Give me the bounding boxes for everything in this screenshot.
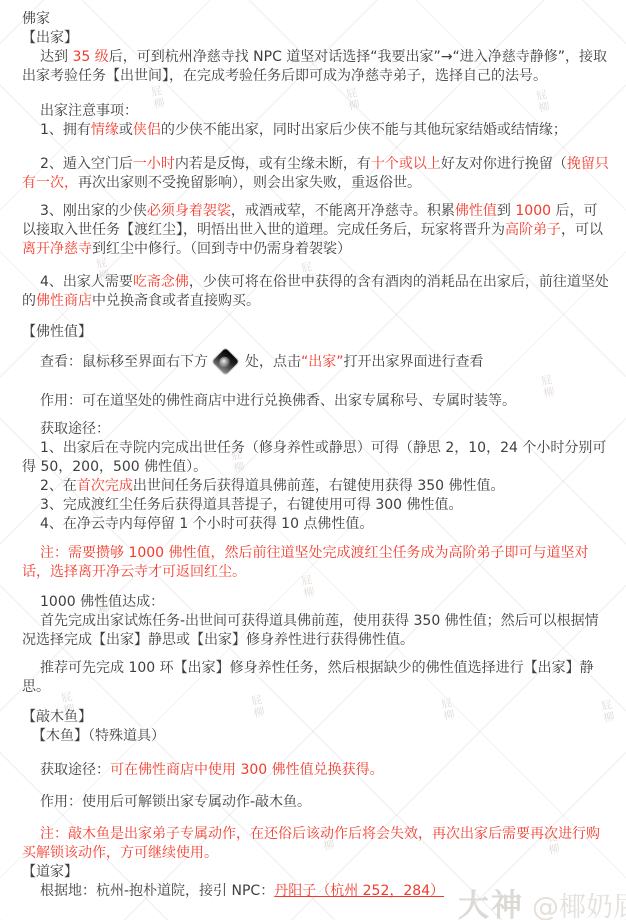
daojia-base-line: 根据地：杭州-抱朴道院，接引 NPC：丹阳子（杭州 252，284） bbox=[22, 882, 610, 901]
section-heading-chujia: 【出家】 bbox=[22, 29, 610, 48]
text-segment: 出世间任务后获得道具佛前莲，右键使用获得 350 佛性值。 bbox=[133, 478, 505, 494]
red-highlight: 高阶弟子 bbox=[505, 222, 561, 238]
qiaomuyu-red-note: 注：敲木鱼是出家弟子专属动作，在还俗后该动作后将会失效，再次出家后需要再次进行购… bbox=[22, 825, 610, 863]
text-segment: 的少侠不能出家，同时出家后少侠不能与其他玩家结婚或结情缘； bbox=[161, 122, 567, 138]
red-highlight: 一小时 bbox=[133, 156, 175, 172]
text-segment: 2、在 bbox=[40, 478, 77, 494]
red-highlight: 侠侣 bbox=[133, 122, 161, 138]
npc-location-link[interactable]: 丹阳子（杭州 252，284） bbox=[274, 883, 444, 899]
qiaomuyu-obtain: 获取途径：可在佛性商店中使用 300 佛性值兑换获得。 bbox=[22, 761, 610, 780]
qiaomuyu-effect: 作用：使用后可解锁出家专属动作-敲木鱼。 bbox=[22, 793, 610, 812]
foxingzhi-effect: 作用：可在道坚处的佛性商店中进行兑换佛香、出家专属称号、专属时装等。 bbox=[22, 392, 610, 411]
text-segment: 1、拥有 bbox=[40, 122, 91, 138]
red-highlight: 吃斋念佛 bbox=[133, 274, 189, 290]
chujia-notes-title: 出家注意事项： bbox=[22, 102, 610, 121]
text-segment: 2、遁入空门后 bbox=[40, 156, 133, 172]
red-highlight: 佛性商店 bbox=[36, 293, 92, 309]
text-segment: ，戒酒戒荤，不能离开净慈寺。积累 bbox=[231, 203, 455, 219]
chujia-note-1: 1、拥有情缘或侠侣的少侠不能出家，同时出家后少侠不能与其他玩家结婚或结情缘； bbox=[22, 121, 610, 140]
foxingzhi-obtain-title: 获取途径： bbox=[22, 420, 610, 439]
text-segment: 3、刚出家的少侠 bbox=[40, 203, 147, 219]
chujia-intro-paragraph: 达到 35 级后，可到杭州净慈寺找 NPC 道坚对话选择“我要出家”→“进入净慈… bbox=[22, 48, 610, 86]
level-requirement-highlight: 35 级 bbox=[72, 49, 108, 65]
text-segment: 到红尘中修行。（回到寺中仍需身着袈裟） bbox=[92, 241, 351, 257]
red-highlight: 可在佛性商店中使用 300 佛性值兑换获得。 bbox=[110, 762, 384, 778]
text-segment: 查看：鼠标移至界面右下方 bbox=[40, 354, 208, 370]
foxingzhi-obtain-4: 4、在净云寺内每停留 1 个小时可获得 10 点佛性值。 bbox=[22, 515, 610, 534]
text-segment: 再次出家则不受挽留影响），则会出家失败，重返俗世。 bbox=[78, 175, 421, 191]
page-title: 佛家 bbox=[22, 10, 610, 29]
text-segment: 后，可到杭州净慈寺找 NPC 道坚对话选择“我要出家”→“进入净慈寺静修”，接取… bbox=[22, 49, 607, 84]
guide-document: { "title": "佛家", "sections": { "chujia":… bbox=[0, 0, 626, 920]
foxingzhi-recommend: 推荐可先完成 100 环【出家】修身养性任务，然后根据缺少的佛性值选择进行【出家… bbox=[22, 659, 610, 697]
section-heading-qiaomuyu: 【敲木鱼】 bbox=[22, 708, 610, 727]
chujia-note-2: 2、遁入空门后一小时内若是反悔，或有尘缘未断，有十个或以上好友对你进行挽留（挽留… bbox=[22, 155, 610, 193]
foxingzhi-obtain-1: 1、出家后在寺院内完成出世任务（修身养性或静思）可得（静思 2，10，24 个小… bbox=[22, 439, 610, 477]
foxingzhi-red-note: 注：需要攒够 1000 佛性值，然后前往道坚处完成渡红尘任务成为高阶弟子即可与道… bbox=[22, 544, 610, 582]
chujia-button-reference: “出家” bbox=[301, 354, 344, 370]
foxingzhi-view-line: 查看：鼠标移至界面右下方处，点击“出家”打开出家界面进行查看 bbox=[22, 352, 610, 372]
text-segment: 根据地：杭州-抱朴道院，接引 NPC： bbox=[40, 883, 274, 899]
text-segment: 处，点击 bbox=[245, 354, 301, 370]
text-segment: 中兑换斋食或者直接购买。 bbox=[92, 293, 260, 309]
text-segment: 或 bbox=[119, 122, 133, 138]
text-segment: 达到 bbox=[40, 49, 72, 65]
foxingzhi-achieve-title: 1000 佛性值达成： bbox=[22, 593, 610, 612]
buddha-hand-diamond-icon bbox=[212, 348, 239, 375]
red-highlight: 离开净慈寺 bbox=[22, 241, 92, 257]
foxingzhi-obtain-3: 3、完成渡红尘任务后获得道具菩提子，右键使用可得 300 佛性值。 bbox=[22, 496, 610, 515]
text-segment: 打开出家界面进行查看 bbox=[344, 354, 484, 370]
red-highlight: 1000 bbox=[515, 203, 551, 219]
text-segment: 内若是反悔，或有尘缘未断，有 bbox=[175, 156, 371, 172]
foxingzhi-achieve-body: 首先完成出家试炼任务-出世间可获得道具佛前莲，使用获得 350 佛性值；然后可以… bbox=[22, 612, 610, 650]
red-highlight: 必须身着袈裟 bbox=[147, 203, 231, 219]
text-segment: 获取途径： bbox=[40, 762, 110, 778]
icon-glyph bbox=[219, 357, 230, 368]
red-highlight: 佛性值 bbox=[455, 203, 497, 219]
red-highlight: 情缘 bbox=[91, 122, 119, 138]
red-highlight: 首次完成 bbox=[77, 478, 133, 494]
section-heading-daojia: 【道家】 bbox=[22, 863, 610, 882]
guide-content: 佛家 【出家】 达到 35 级后，可到杭州净慈寺找 NPC 道坚对话选择“我要出… bbox=[0, 0, 626, 901]
text-segment: 到 bbox=[497, 203, 515, 219]
red-highlight: 十个或以上 bbox=[371, 156, 441, 172]
text-segment: 好友对你进行挽留（ bbox=[441, 156, 567, 172]
chujia-note-4: 4、出家人需要吃斋念佛，少侠可将在俗世中获得的含有酒肉的消耗品在出家后，前往道坚… bbox=[22, 273, 610, 311]
chujia-note-3: 3、刚出家的少侠必须身着袈裟，戒酒戒荤，不能离开净慈寺。积累佛性值到 1000 … bbox=[22, 202, 610, 259]
qiaomuyu-subheading: 【木鱼】（特殊道具） bbox=[22, 727, 610, 746]
foxingzhi-obtain-2: 2、在首次完成出世间任务后获得道具佛前莲，右键使用获得 350 佛性值。 bbox=[22, 477, 610, 496]
text-segment: ，可以 bbox=[561, 222, 603, 238]
section-heading-foxingzhi: 【佛性值】 bbox=[22, 323, 610, 342]
text-segment: 4、出家人需要 bbox=[40, 274, 133, 290]
